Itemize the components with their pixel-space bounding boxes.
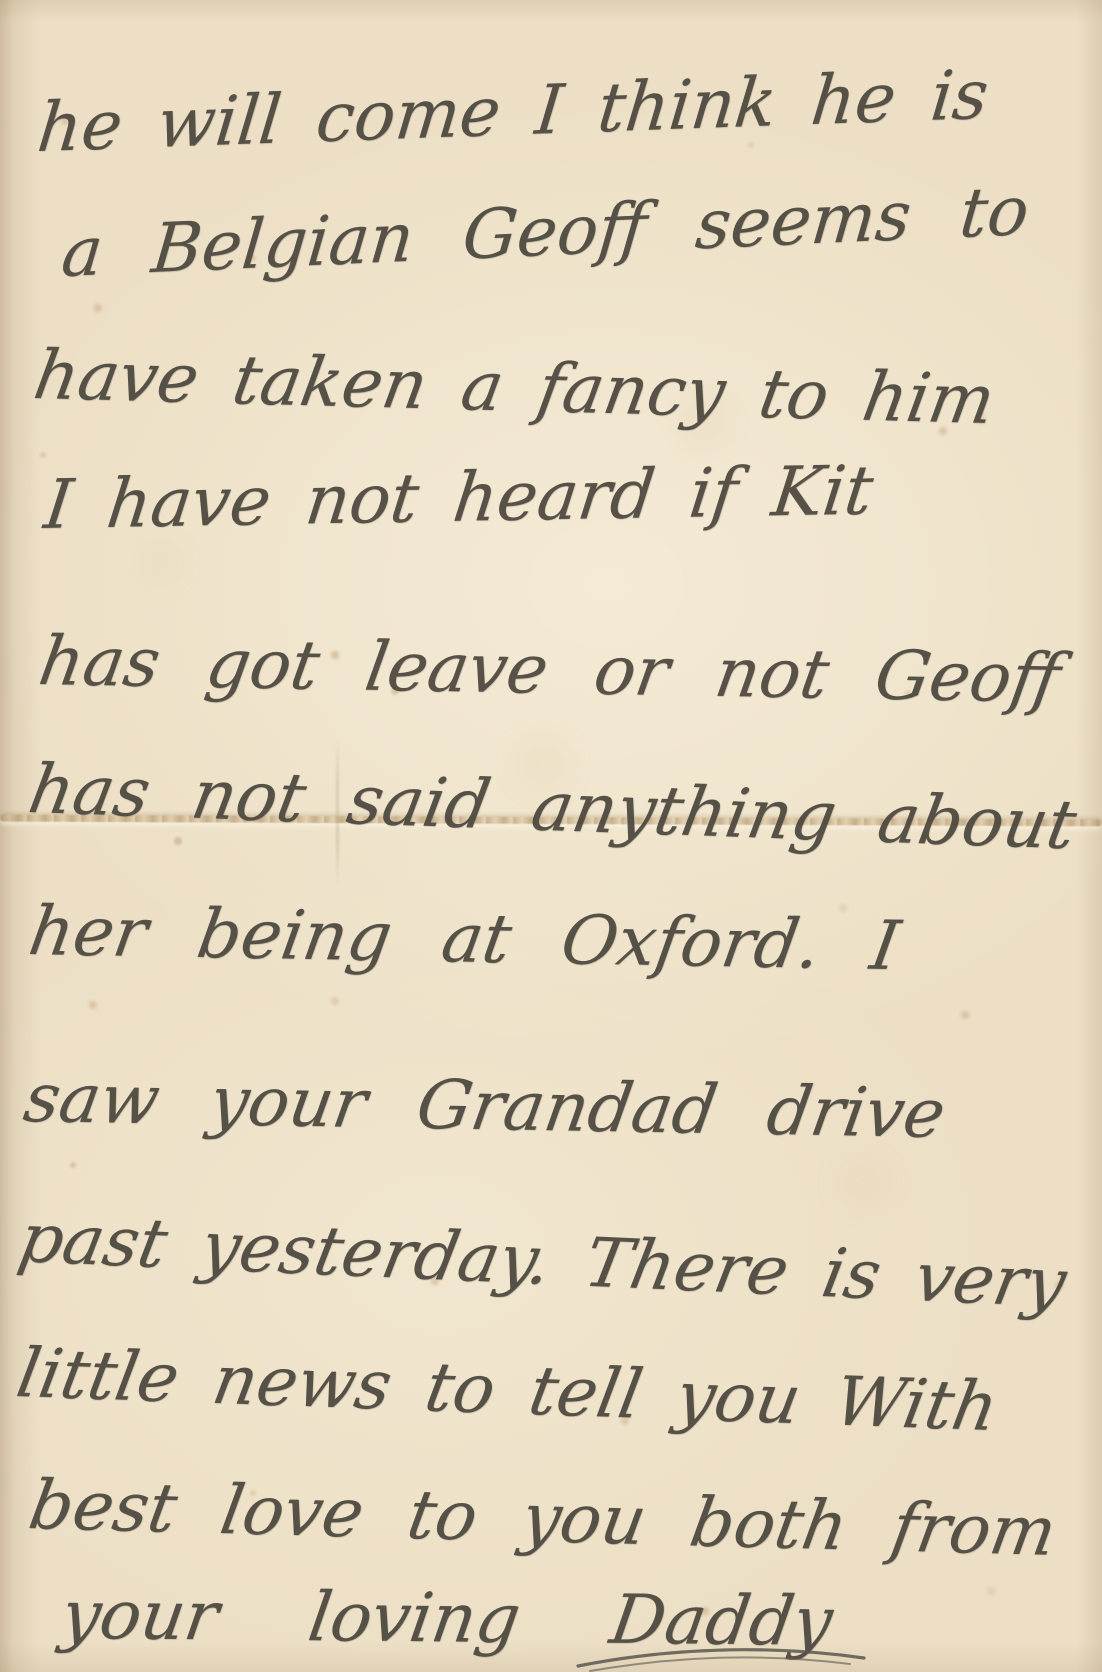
letter-line-11: best love to you both from — [24, 1472, 1060, 1567]
letter-line-5: has got leave or not Geoff — [35, 628, 1065, 714]
foxing-spots — [0, 0, 6, 6]
letter-line-4: I have not heard if Kit — [41, 457, 877, 540]
letter-line-3: have taken a fancy to him — [29, 342, 999, 435]
letter-line-8: saw your Grandad drive — [20, 1065, 950, 1149]
letter-line-10: little news to tell you With — [12, 1340, 1003, 1442]
letter-line-9: past yesterday. There is very — [14, 1205, 1071, 1318]
letter-line-7: her being at Oxford. I — [25, 898, 904, 981]
letter-line-6: has not said anything about — [24, 756, 1081, 860]
letter-line-2: a Belgian Geoff seems to — [59, 178, 1032, 289]
letter-page: he will come I think he is a Belgian Geo… — [0, 0, 1102, 1672]
signature-underline-flourish — [572, 1636, 872, 1672]
letter-line-1: he will come I think he is — [34, 62, 991, 163]
